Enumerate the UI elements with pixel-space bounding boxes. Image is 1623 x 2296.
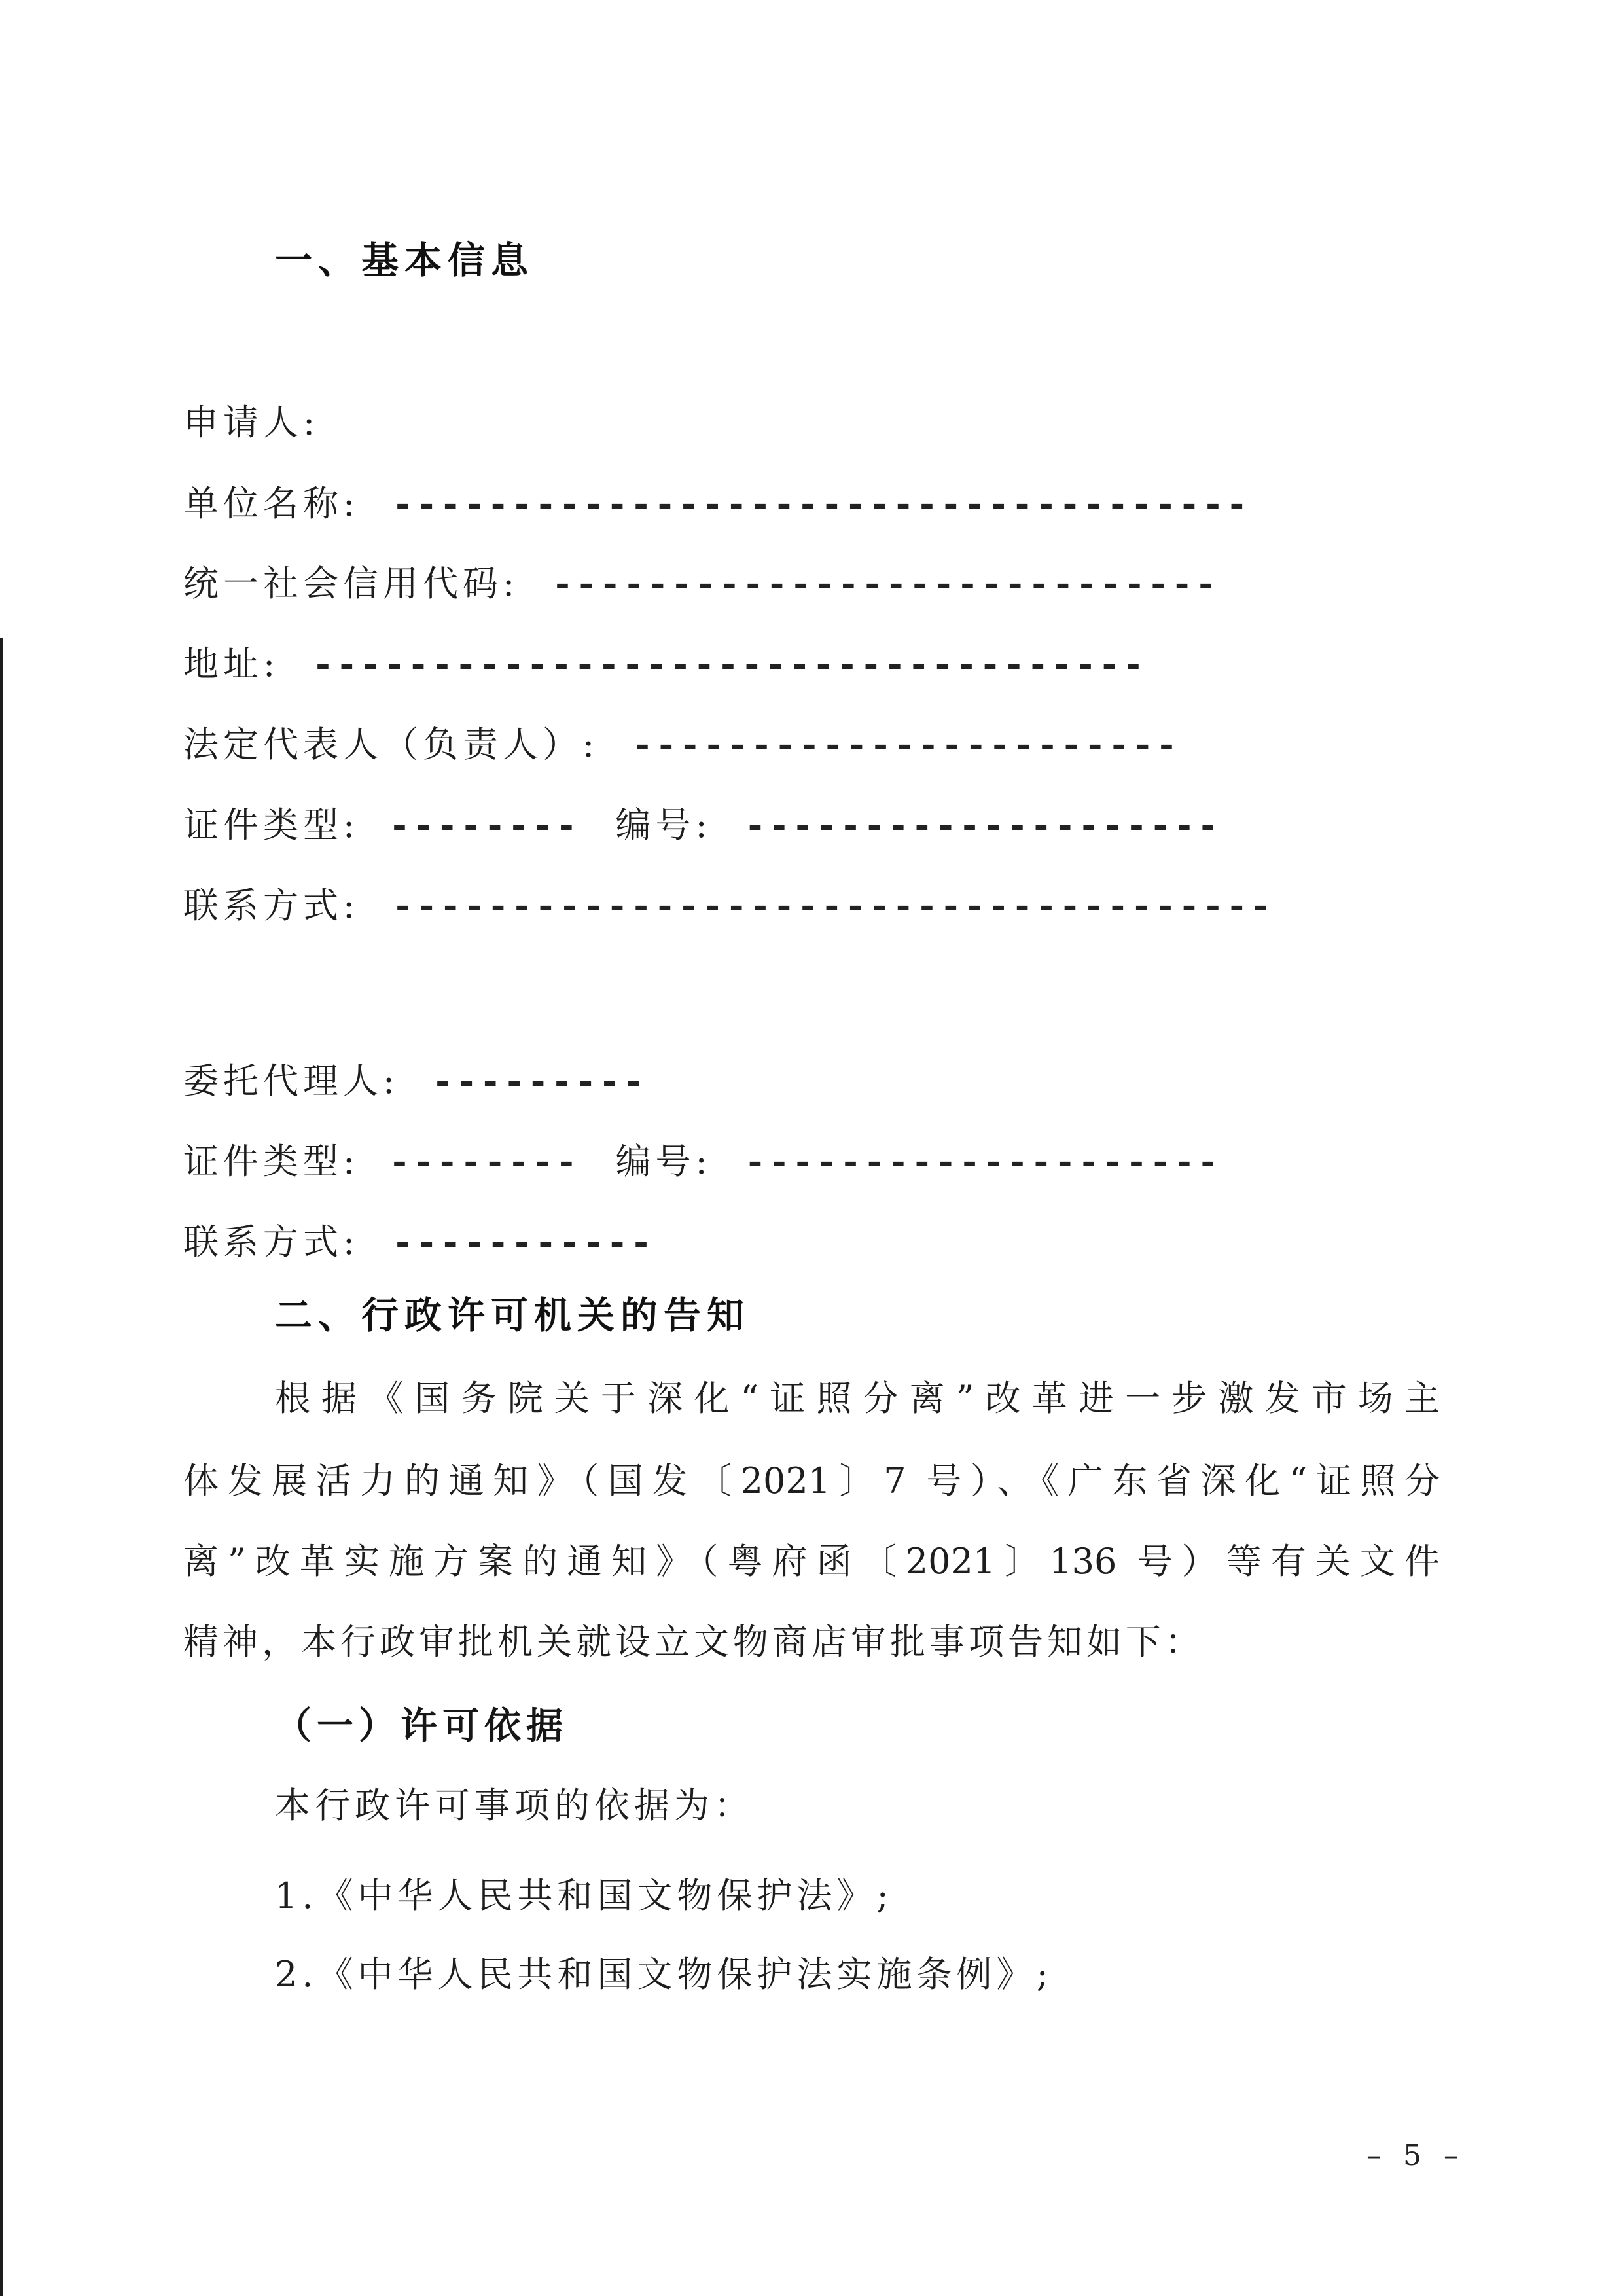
notice-paragraph-line-1: 根据《国务院关于深化“证照分离”改革进一步激发市场主 bbox=[275, 1378, 1440, 1419]
basis-item-1: 1.《中华人民共和国文物保护法》; bbox=[275, 1876, 893, 1916]
legal-rep-label: 法定代表人（负责人）: bbox=[183, 724, 599, 765]
cert-type-label: 证件类型: bbox=[183, 804, 359, 846]
contact-blank-line: ------------------------------------- bbox=[395, 884, 1277, 926]
form-row-applicant: 申请人: bbox=[183, 403, 319, 443]
address-blank-line: ----------------------------------- bbox=[315, 643, 1149, 685]
cert-no-label: 编号: bbox=[616, 804, 712, 846]
unit-name-blank-line: ------------------------------------ bbox=[395, 482, 1253, 524]
form-row-agent: 委托代理人:--------- bbox=[183, 1060, 650, 1102]
scan-edge-artifact bbox=[0, 638, 3, 2296]
agent-cert-no-blank-line: -------------------- bbox=[748, 1140, 1224, 1182]
credit-code-blank-line: ---------------------------- bbox=[555, 562, 1222, 604]
form-row-legal-rep: 法定代表人（负责人）:----------------------- bbox=[183, 724, 1183, 765]
notice-paragraph-line-3: 离”改革实施方案的通知》（粤府函〔2021〕136 号）等有关文件 bbox=[183, 1541, 1440, 1582]
basis-item-2: 2.《中华人民共和国文物保护法实施条例》; bbox=[275, 1954, 1053, 1995]
form-row-agent-cert: 证件类型:--------编号:-------------------- bbox=[183, 1141, 1224, 1182]
form-row-agent-contact: 联系方式:----------- bbox=[183, 1221, 658, 1263]
agent-contact-blank-line: ----------- bbox=[395, 1221, 658, 1263]
address-label: 地址: bbox=[183, 643, 279, 685]
credit-code-label: 统一社会信用代码: bbox=[183, 563, 519, 604]
cert-type-blank-line: -------- bbox=[392, 804, 582, 846]
document-page: 一、基本信息 申请人: 单位名称:-----------------------… bbox=[0, 0, 1623, 2296]
notice-paragraph-line-2: 体发展活力的通知》（国发〔2021〕7 号）、《广东省深化“证照分 bbox=[183, 1461, 1440, 1501]
agent-blank-line: --------- bbox=[435, 1060, 650, 1102]
legal-rep-blank-line: ----------------------- bbox=[635, 723, 1183, 765]
agent-cert-no-label: 编号: bbox=[616, 1141, 712, 1182]
applicant-label: 申请人: bbox=[183, 402, 319, 443]
section1-heading: 一、基本信息 bbox=[275, 240, 534, 283]
form-row-contact: 联系方式:-----------------------------------… bbox=[183, 885, 1277, 926]
unit-name-label: 单位名称: bbox=[183, 483, 359, 524]
agent-label: 委托代理人: bbox=[183, 1060, 399, 1102]
section2-heading: 二、行政许可机关的告知 bbox=[275, 1295, 750, 1338]
form-row-address: 地址:----------------------------------- bbox=[183, 643, 1150, 685]
agent-contact-label: 联系方式: bbox=[183, 1221, 359, 1263]
form-row-unit-name: 单位名称:-----------------------------------… bbox=[183, 483, 1253, 524]
cert-no-blank-line: -------------------- bbox=[748, 804, 1224, 846]
form-row-credit-code: 统一社会信用代码:---------------------------- bbox=[183, 563, 1222, 604]
subsection-basis-heading: （一）许可依据 bbox=[275, 1705, 568, 1747]
notice-paragraph-line-4: 精神，本行政审批机关就设立文物商店审批事项告知如下： bbox=[183, 1622, 1204, 1662]
page-number: – 5 – bbox=[1366, 2139, 1465, 2172]
agent-cert-type-blank-line: -------- bbox=[392, 1140, 582, 1182]
form-row-cert: 证件类型:--------编号:-------------------- bbox=[183, 804, 1224, 846]
basis-intro: 本行政许可事项的依据为： bbox=[275, 1785, 754, 1826]
contact-label: 联系方式: bbox=[183, 885, 359, 926]
agent-cert-type-label: 证件类型: bbox=[183, 1141, 359, 1182]
